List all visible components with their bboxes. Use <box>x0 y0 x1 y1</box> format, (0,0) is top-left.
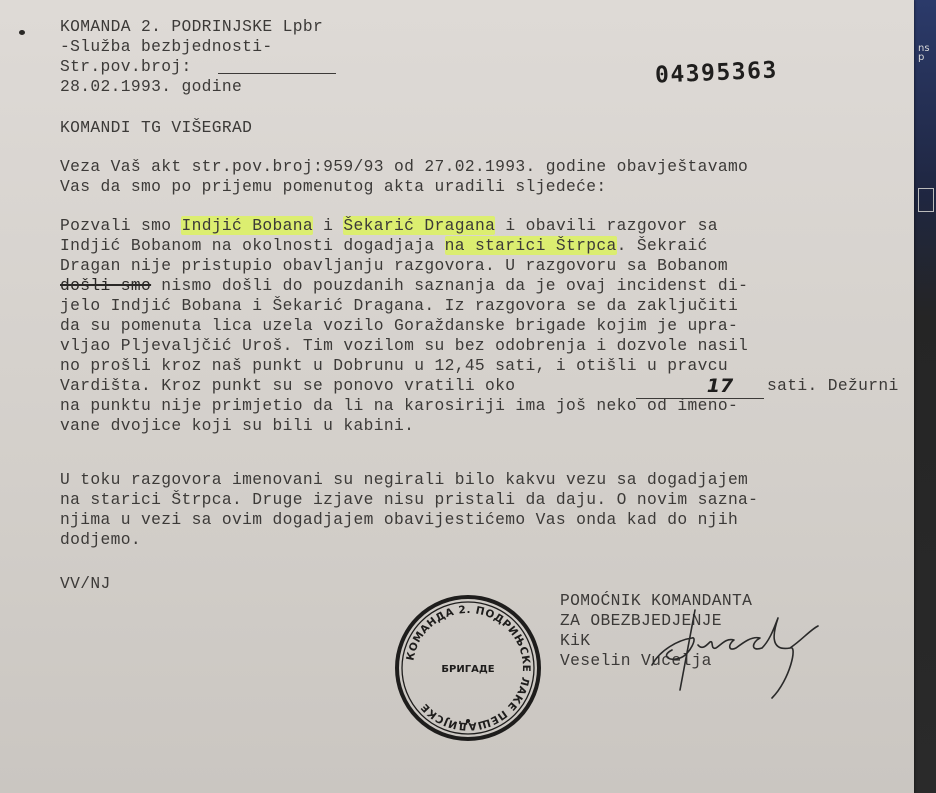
header-date: 28.02.1993. godine <box>60 77 242 97</box>
addressee: KOMANDI TG VIŠEGRAD <box>60 118 252 138</box>
document-page: KOMANDA 2. PODRINJSKE Lpbr -Služba bezbj… <box>0 0 914 793</box>
archive-number: 04395363 <box>654 57 778 88</box>
intro-line-1: Veza Vaš akt str.pov.broj:959/93 od 27.0… <box>60 157 748 177</box>
typist-initials: VV/NJ <box>60 574 111 594</box>
text: Indjić Bobanom na okolnosti dogadjaja <box>60 236 445 255</box>
highlight-location: na starici Štrpca <box>445 236 617 255</box>
official-stamp: КОМАНДА 2. ПОДРИЊСКЕ ЛАКЕ ПЕШАДИЈСКЕ БРИ… <box>393 593 543 743</box>
p1-line-8: no prošli kroz naš punkt u Dobrunu u 12,… <box>60 356 728 376</box>
p2-line-3: njima u vezi sa ovim dogadjajem obavijes… <box>60 510 738 530</box>
text: nismo došli do pouzdanih saznanja da je … <box>151 276 748 295</box>
background-desk: ns p <box>912 0 936 793</box>
header-service: -Služba bezbjednosti- <box>60 37 273 57</box>
intro-line-2: Vas da smo po prijemu pomenutog akta ura… <box>60 177 607 197</box>
p1-line-9a: Vardišta. Kroz punkt su se ponovo vratil… <box>60 376 515 396</box>
text: i obavili razgovor sa <box>495 216 718 235</box>
p1-line-9b: sati. Dežurni <box>767 376 899 396</box>
highlight-name-2: Šekarić Dragana <box>343 216 495 235</box>
p1-line-2: Indjić Bobanom na okolnosti dogadjaja na… <box>60 236 708 256</box>
stamp-center-text: БРИГАДЕ <box>441 664 494 675</box>
p1-line-7: vljao Pljevaljčić Uroš. Tim vozilom su b… <box>60 336 748 356</box>
p1-line-10: na punktu nije primjetio da li na karosi… <box>60 396 738 416</box>
p2-line-2: na starici Štrpca. Druge izjave nisu pri… <box>60 490 758 510</box>
text: Pozvali smo <box>60 216 181 235</box>
handwritten-signature <box>640 600 840 705</box>
ref-number-blank <box>218 73 336 74</box>
punch-mark <box>19 30 25 35</box>
p2-line-4: dodjemo. <box>60 530 141 550</box>
header-unit: KOMANDA 2. PODRINJSKE Lpbr <box>60 17 323 37</box>
p1-line-6: da su pomenuta lica uzela vozilo Goražda… <box>60 316 738 336</box>
header-ref-label: Str.pov.broj: <box>60 57 192 77</box>
background-text-fragment: ns p <box>918 44 936 62</box>
p1-line-3: Dragan nije pristupio obavljanju razgovo… <box>60 256 728 276</box>
p1-line-4: došli smo nismo došli do pouzdanih sazna… <box>60 276 748 296</box>
p1-line-1: Pozvali smo Indjić Bobana i Šekarić Drag… <box>60 216 718 236</box>
p1-line-5: jelo Indjić Bobana i Šekarić Dragana. Iz… <box>60 296 738 316</box>
text: . Šekraić <box>617 236 708 255</box>
signature-rank: KiK <box>560 631 590 651</box>
highlight-name-1: Indjić Bobana <box>181 216 313 235</box>
p1-line-11: vane dvojice koji su bili u kabini. <box>60 416 414 436</box>
struck-text: došli smo <box>60 276 151 295</box>
background-object <box>918 188 934 212</box>
text: i <box>313 216 343 235</box>
p2-line-1: U toku razgovora imenovani su negirali b… <box>60 470 748 490</box>
